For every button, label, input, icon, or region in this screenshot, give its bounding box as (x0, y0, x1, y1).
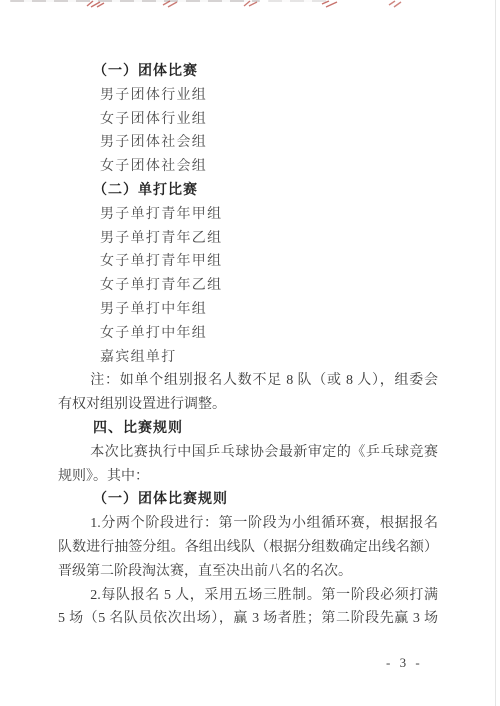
document-body: （一）团体比赛 男子团体行业组 女子团体行业组 男子团体社会组 女子团体社会组 … (58, 60, 438, 631)
red-ink-mark-icon (388, 0, 404, 8)
note-line-1: 注：如单个组别报名人数不足 8 队（或 8 人），组委会 (58, 369, 438, 393)
group-item-womens-team-industry: 女子团体行业组 (58, 108, 438, 132)
group-item-womens-team-social: 女子团体社会组 (58, 155, 438, 179)
scan-edge-line (495, 0, 496, 706)
red-ink-mark-icon (321, 0, 339, 8)
red-ink-mark-icon (86, 0, 106, 8)
rule-1-line-2: 队数进行抽签分组。各组出线队（根据分组数确定出线名额） (58, 536, 438, 560)
section-heading-team-rules: （一）团体比赛规则 (58, 488, 438, 512)
red-ink-mark-icon (162, 0, 180, 8)
group-item-womens-singles-middle: 女子单打中年组 (58, 322, 438, 346)
group-item-mens-singles-youth-a: 男子单打青年甲组 (58, 203, 438, 227)
section-heading-singles: （二）单打比赛 (58, 179, 438, 203)
group-item-mens-team-social: 男子团体社会组 (58, 131, 438, 155)
rules-intro-line-1: 本次比赛执行中国乒乓球协会最新审定的《乒乓球竞赛 (58, 441, 438, 465)
group-item-mens-team-industry: 男子团体行业组 (58, 84, 438, 108)
scan-cutoff-line (10, 0, 260, 2)
rules-intro-line-2: 规则》。其中： (58, 465, 438, 489)
section-heading-team-competition: （一）团体比赛 (58, 60, 438, 84)
rule-1-line-3: 晋级第二阶段淘汰赛，直至决出前八名的名次。 (58, 560, 438, 584)
group-item-mens-singles-youth-b: 男子单打青年乙组 (58, 227, 438, 251)
group-item-mens-singles-middle: 男子单打中年组 (58, 298, 438, 322)
red-ink-mark-icon (243, 0, 260, 8)
rule-2-line-2: 5 场（5 名队员依次出场），赢 3 场者胜；第二阶段先赢 3 场 (58, 607, 438, 631)
note-line-2: 有权对组别设置进行调整。 (58, 393, 438, 417)
group-item-womens-singles-youth-a: 女子单打青年甲组 (58, 250, 438, 274)
group-item-guest-singles: 嘉宾组单打 (58, 346, 438, 370)
section-heading-rules: 四、比赛规则 (58, 417, 438, 441)
page-number: - 3 - (386, 655, 423, 671)
rule-1-line-1: 1.分两个阶段进行：第一阶段为小组循环赛，根据报名 (58, 512, 438, 536)
top-edge-artifacts (0, 0, 500, 10)
rule-2-line-1: 2.每队报名 5 人，采用五场三胜制。第一阶段必须打满 (58, 584, 438, 608)
group-item-womens-singles-youth-b: 女子单打青年乙组 (58, 274, 438, 298)
scanned-document-page: （一）团体比赛 男子团体行业组 女子团体行业组 男子团体社会组 女子团体社会组 … (0, 0, 500, 706)
scan-cutoff-line (268, 0, 328, 2)
